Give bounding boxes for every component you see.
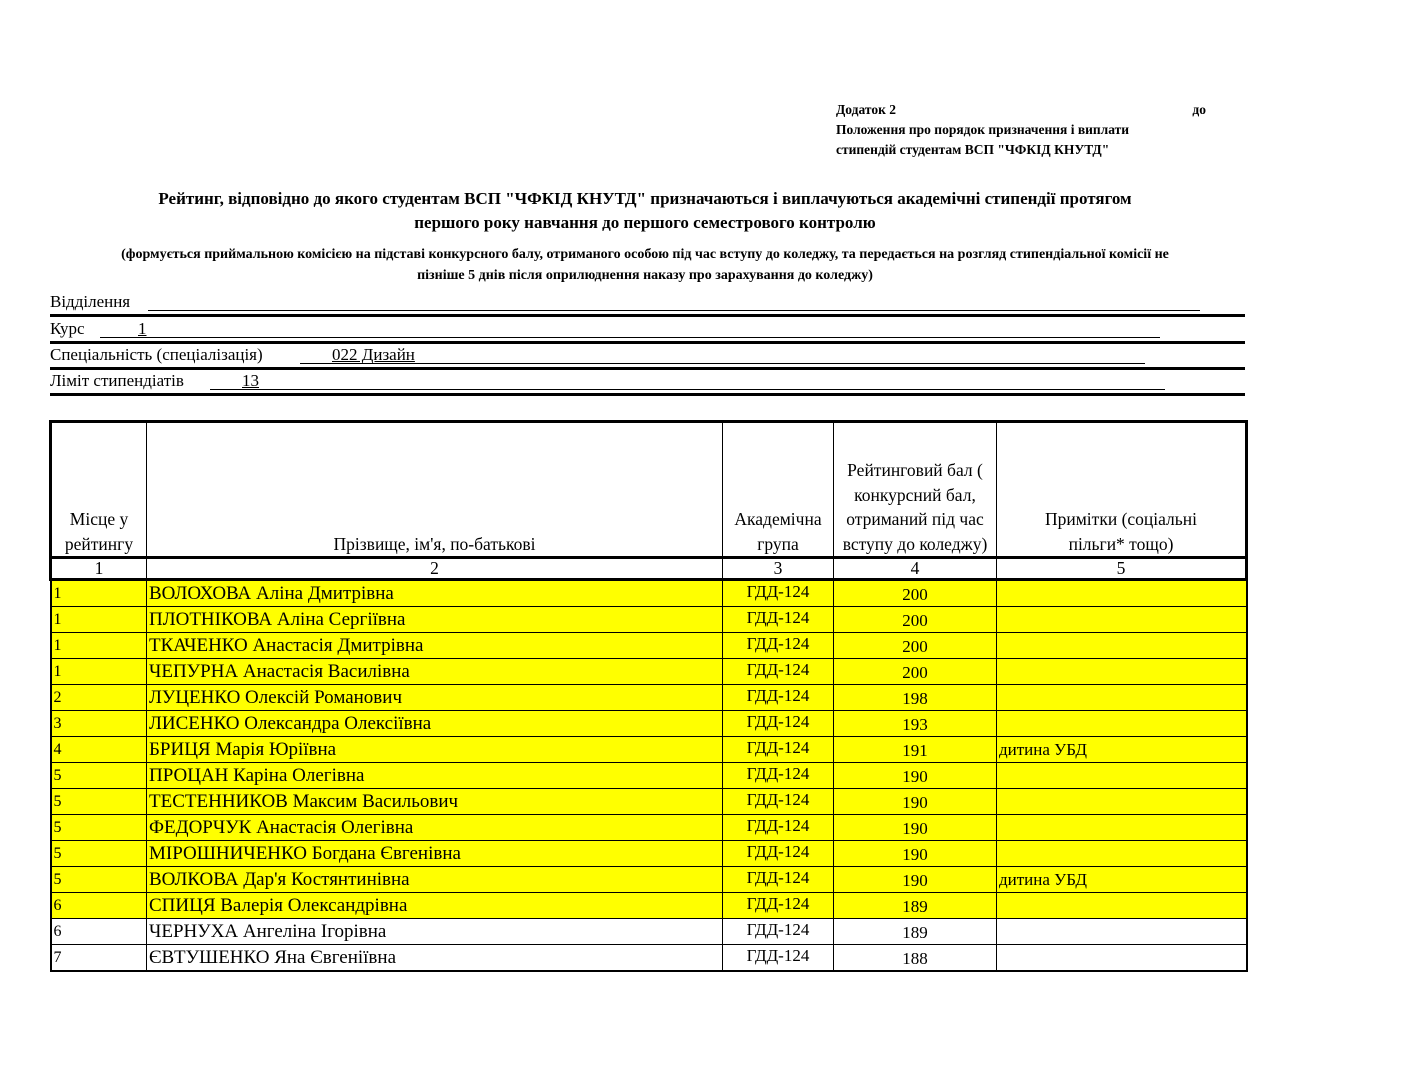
student-name-cell: БРИЦЯ Марія Юріївна [147,737,723,763]
note-cell [997,633,1247,659]
header-notes: Примітки (соціальні пільги* тощо) [997,422,1247,558]
appendix-reference: Додаток 2 до Положення про порядок призн… [836,100,1206,160]
group-cell: ГДД-124 [723,685,834,711]
table-row: 1ПЛОТНІКОВА Аліна СергіївнаГДД-124200 [51,607,1247,633]
group-cell: ГДД-124 [723,580,834,607]
course-line: Курс 1 [50,315,1245,344]
table-row: 6ЧЕРНУХА Ангеліна ІгорівнаГДД-124189 [51,919,1247,945]
group-cell: ГДД-124 [723,633,834,659]
score-cell: 188 [834,945,997,972]
note-cell [997,580,1247,607]
student-name-cell: ЄВТУШЕНКО Яна Євгеніївна [147,945,723,972]
appendix-number: Додаток 2 [836,100,896,120]
rank-cell: 7 [51,945,147,972]
appendix-to: до [1192,100,1206,120]
table-row: 5ПРОЦАН Каріна ОлегівнаГДД-124190 [51,763,1247,789]
group-cell: ГДД-124 [723,841,834,867]
limit-fill-line [210,388,1165,390]
course-fill-line [100,336,1160,338]
student-name-cell: МІРОШНИЧЕНКО Богдана Євгенівна [147,841,723,867]
group-cell: ГДД-124 [723,763,834,789]
rank-cell: 6 [51,893,147,919]
group-cell: ГДД-124 [723,867,834,893]
score-cell: 200 [834,580,997,607]
department-label: Відділення [50,292,130,312]
student-name-cell: ПЛОТНІКОВА Аліна Сергіївна [147,607,723,633]
rank-cell: 1 [51,633,147,659]
note-cell [997,789,1247,815]
table-row: 5ФЕДОРЧУК Анастасія ОлегівнаГДД-124190 [51,815,1247,841]
column-number: 2 [147,558,723,580]
note-cell [997,919,1247,945]
group-cell: ГДД-124 [723,893,834,919]
rank-cell: 1 [51,659,147,685]
table-row: 5ТЕСТЕННИКОВ Максим ВасильовичГДД-124190 [51,789,1247,815]
score-cell: 198 [834,685,997,711]
rank-cell: 3 [51,711,147,737]
group-cell: ГДД-124 [723,607,834,633]
group-cell: ГДД-124 [723,945,834,972]
group-cell: ГДД-124 [723,815,834,841]
student-name-cell: ТЕСТЕННИКОВ Максим Васильович [147,789,723,815]
specialty-label: Спеціальність (спеціалізація) [50,345,263,365]
score-cell: 190 [834,763,997,789]
document-subtitle-line2: пізніше 5 днів після оприлюднення наказу… [55,265,1235,286]
header-place: Місце у рейтингу [51,422,147,558]
table-row: 2ЛУЦЕНКО Олексій РомановичГДД-124198 [51,685,1247,711]
header-score: Рейтинговий бал ( конкурсний бал, отрима… [834,422,997,558]
rank-cell: 5 [51,763,147,789]
student-name-cell: ЧЕРНУХА Ангеліна Ігорівна [147,919,723,945]
table-row: 1ТКАЧЕНКО Анастасія ДмитрівнаГДД-124200 [51,633,1247,659]
score-cell: 191 [834,737,997,763]
student-name-cell: СПИЦЯ Валерія Олександрівна [147,893,723,919]
rank-cell: 4 [51,737,147,763]
table-row: 6СПИЦЯ Валерія ОлександрівнаГДД-124189 [51,893,1247,919]
specialty-line: Спеціальність (спеціалізація) 022 Дизайн [50,341,1245,370]
table-row: 5ВОЛКОВА Дар'я КостянтинівнаГДД-124190ди… [51,867,1247,893]
score-cell: 190 [834,789,997,815]
rank-cell: 1 [51,607,147,633]
score-cell: 193 [834,711,997,737]
rating-table-body: 1ВОЛОХОВА Аліна ДмитрівнаГДД-1242001ПЛОТ… [51,580,1247,972]
appendix-regulation: Положення про порядок призначення і випл… [836,120,1206,140]
group-cell: ГДД-124 [723,659,834,685]
appendix-institution: стипендій студентам ВСП "ЧФКІД КНУТД" [836,140,1206,160]
table-row: 3ЛИСЕНКО Олександра ОлексіївнаГДД-124193 [51,711,1247,737]
rank-cell: 5 [51,841,147,867]
column-number: 1 [51,558,147,580]
rank-cell: 6 [51,919,147,945]
table-row: 1ЧЕПУРНА Анастасія ВасилівнаГДД-124200 [51,659,1247,685]
rating-table: Місце у рейтингу Прізвище, ім'я, по-бать… [49,420,1248,972]
note-cell [997,685,1247,711]
note-cell [997,815,1247,841]
document-title-line1: Рейтинг, відповідно до якого студентам В… [60,187,1230,211]
header-group: Академічна група [723,422,834,558]
document-title-line2: першого року навчання до першого семестр… [60,211,1230,235]
score-cell: 189 [834,893,997,919]
score-cell: 189 [834,919,997,945]
group-cell: ГДД-124 [723,711,834,737]
student-name-cell: ЧЕПУРНА Анастасія Василівна [147,659,723,685]
table-row: 7ЄВТУШЕНКО Яна ЄвгеніївнаГДД-124188 [51,945,1247,972]
limit-label: Ліміт стипендіатів [50,371,184,391]
document-title: Рейтинг, відповідно до якого студентам В… [60,187,1230,235]
specialty-value: 022 Дизайн [332,345,415,365]
note-cell: дитина УБД [997,737,1247,763]
table-row: 4БРИЦЯ Марія ЮріївнаГДД-124191дитина УБД [51,737,1247,763]
note-cell [997,763,1247,789]
student-name-cell: ЛУЦЕНКО Олексій Романович [147,685,723,711]
score-cell: 190 [834,841,997,867]
score-cell: 190 [834,815,997,841]
header-name: Прізвище, ім'я, по-батькові [147,422,723,558]
rank-cell: 1 [51,580,147,607]
group-cell: ГДД-124 [723,919,834,945]
table-row: 1ВОЛОХОВА Аліна ДмитрівнаГДД-124200 [51,580,1247,607]
table-row: 5МІРОШНИЧЕНКО Богдана ЄвгенівнаГДД-12419… [51,841,1247,867]
student-name-cell: ФЕДОРЧУК Анастасія Олегівна [147,815,723,841]
score-cell: 190 [834,867,997,893]
note-cell [997,945,1247,972]
column-number: 3 [723,558,834,580]
document-subtitle-line1: (формується приймальною комісією на підс… [55,244,1235,265]
group-cell: ГДД-124 [723,737,834,763]
rank-cell: 2 [51,685,147,711]
document-subtitle: (формується приймальною комісією на підс… [55,244,1235,286]
rank-cell: 5 [51,815,147,841]
student-name-cell: ВОЛКОВА Дар'я Костянтинівна [147,867,723,893]
student-name-cell: ЛИСЕНКО Олександра Олексіївна [147,711,723,737]
score-cell: 200 [834,607,997,633]
department-line: Відділення [50,288,1245,317]
column-number: 5 [997,558,1247,580]
group-cell: ГДД-124 [723,789,834,815]
specialty-fill-line [300,362,1145,364]
department-fill-line [148,309,1200,311]
note-cell [997,893,1247,919]
note-cell [997,607,1247,633]
note-cell [997,711,1247,737]
student-name-cell: ПРОЦАН Каріна Олегівна [147,763,723,789]
note-cell [997,659,1247,685]
student-name-cell: ВОЛОХОВА Аліна Дмитрівна [147,580,723,607]
score-cell: 200 [834,659,997,685]
rank-cell: 5 [51,789,147,815]
course-label: Курс [50,319,85,339]
table-header-row: Місце у рейтингу Прізвище, ім'я, по-бать… [51,422,1247,558]
limit-value: 13 [242,371,259,391]
score-cell: 200 [834,633,997,659]
student-name-cell: ТКАЧЕНКО Анастасія Дмитрівна [147,633,723,659]
column-number-row: 1 2 3 4 5 [51,558,1247,580]
limit-line: Ліміт стипендіатів 13 [50,367,1245,396]
course-value: 1 [138,319,147,339]
note-cell: дитина УБД [997,867,1247,893]
note-cell [997,841,1247,867]
column-number: 4 [834,558,997,580]
rank-cell: 5 [51,867,147,893]
